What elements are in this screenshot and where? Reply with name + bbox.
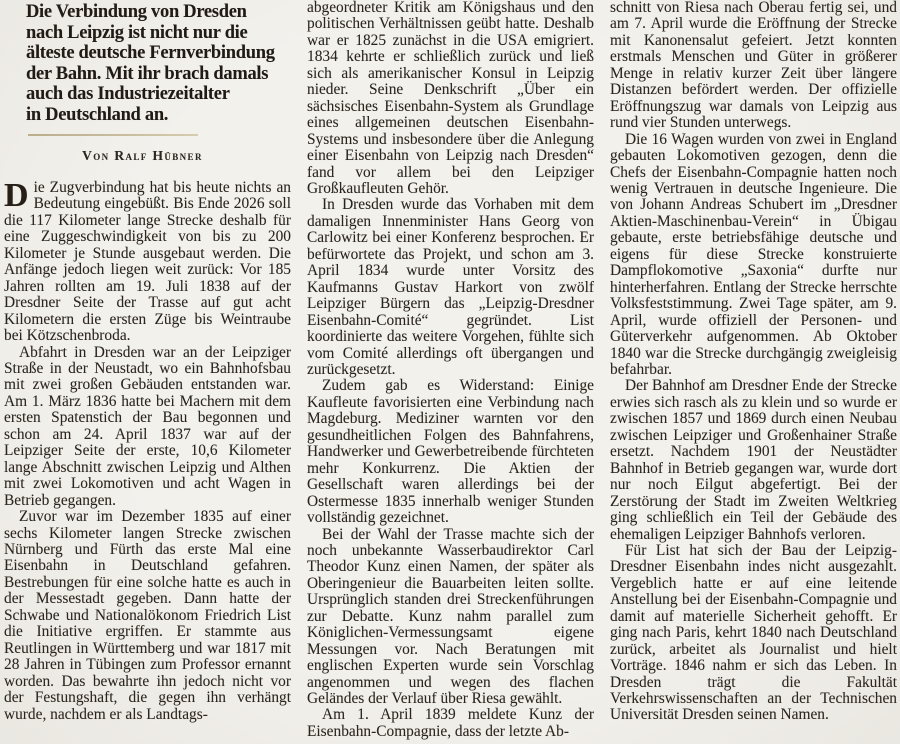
article-paragraph: Zuvor war im Dezember 1835 auf einer sec… <box>4 509 291 723</box>
article-paragraph: Die 16 Wagen wurden von zwei in England … <box>610 132 897 379</box>
article-paragraph: Der Bahnhof am Dresdner Ende der Strecke… <box>610 378 897 543</box>
divider-rule <box>28 134 198 136</box>
column-2: abgeordneter Kritik am Königshaus und de… <box>307 0 594 744</box>
article-paragraph: Bei der Wahl der Trasse machte sich der … <box>307 527 594 708</box>
lead-paragraph: Die Verbindung von Dresden nach Leipzig … <box>26 2 291 126</box>
column-1-body: Die Zugverbindung hat bis heute nichts a… <box>4 180 291 723</box>
byline: Von Ralf Hübner <box>4 148 281 164</box>
article-paragraph: Die Zugverbindung hat bis heute nichts a… <box>4 180 291 345</box>
drop-cap: D <box>4 180 34 209</box>
paragraph-text: ie Zugverbindung hat bis heute nichts an… <box>4 179 291 344</box>
article-paragraph-continuation: abgeordneter Kritik am Königshaus und de… <box>307 0 594 197</box>
article-paragraph: In Dresden wurde das Vorhaben mit dem da… <box>307 197 594 378</box>
article-paragraph-continuation: schnitt von Riesa nach Oberau fertig sei… <box>610 0 897 132</box>
column-1: Die Verbindung von Dresden nach Leipzig … <box>4 0 291 744</box>
newspaper-article-page: Die Verbindung von Dresden nach Leipzig … <box>0 0 900 744</box>
article-paragraph: Abfahrt in Dresden war an der Leipziger … <box>4 345 291 510</box>
article-paragraph: Zudem gab es Widerstand: Einige Kaufleut… <box>307 378 594 526</box>
article-paragraph: Für List hat sich der Bau der Leipzig-Dr… <box>610 543 897 724</box>
column-3: schnitt von Riesa nach Oberau fertig sei… <box>610 0 897 744</box>
article-paragraph: Am 1. April 1839 meldete Kunz der Eisenb… <box>307 707 594 740</box>
